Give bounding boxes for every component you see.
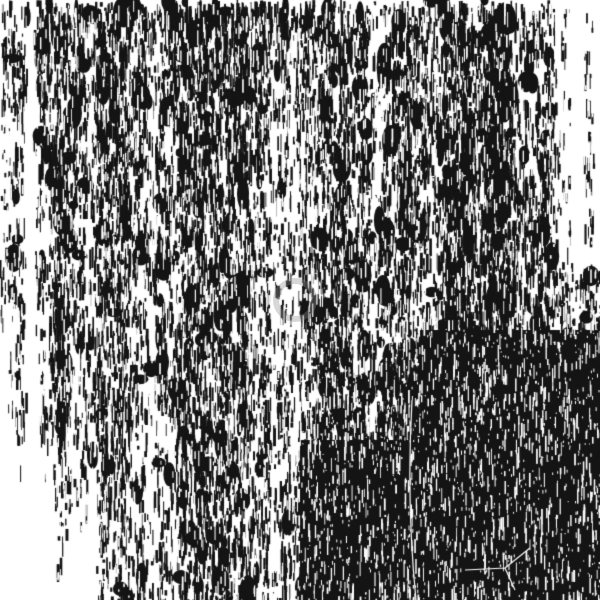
grunge-texture-image <box>0 0 600 600</box>
